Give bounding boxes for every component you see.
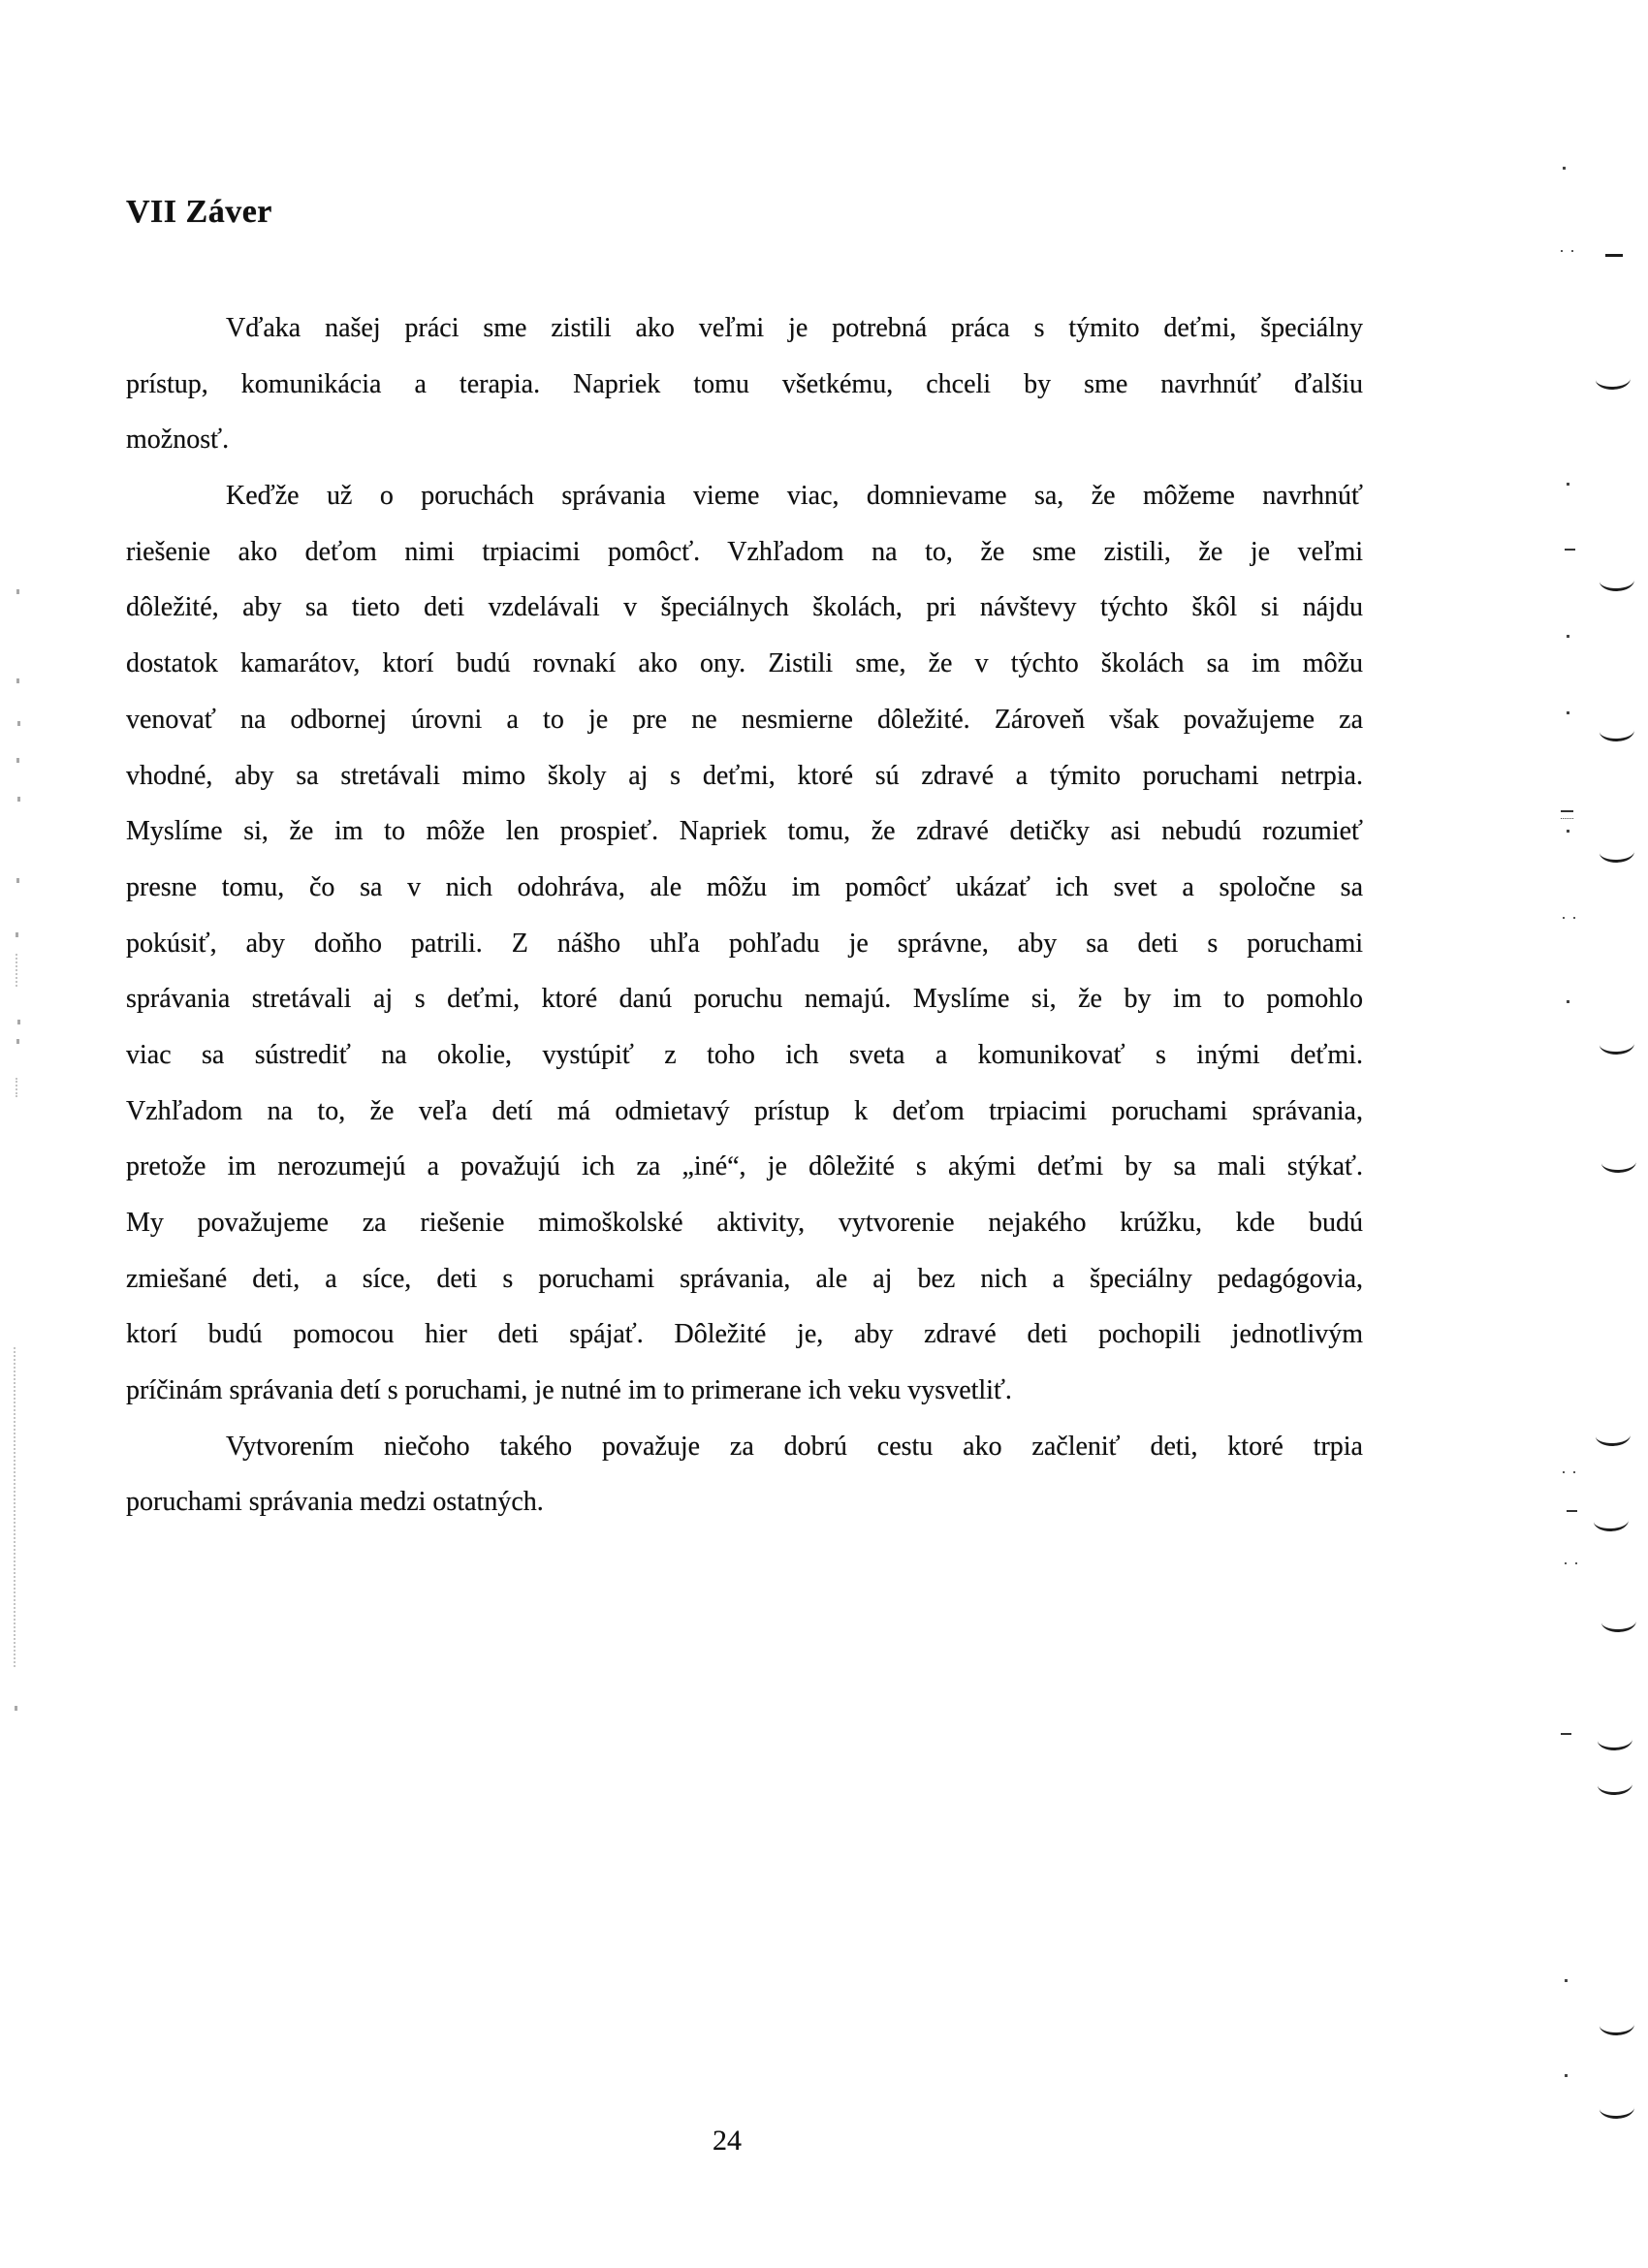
- scan-artifact-speck: [16, 589, 19, 594]
- text-line: dôležité, aby sa tieto deti vzdelávali v…: [126, 580, 1363, 636]
- scan-artifact-swoosh: [1600, 850, 1634, 863]
- text-line: Vďaka našej práci sme zistili ako veľmi …: [126, 300, 1363, 357]
- text-line: dostatok kamarátov, ktorí budú rovnakí a…: [126, 636, 1363, 692]
- text-line: príčinám správania detí s poruchami, je …: [126, 1363, 1363, 1419]
- text-line: možnosť.: [126, 412, 1363, 468]
- page-number: 24: [679, 2125, 776, 2158]
- scan-artifact-dot: [1567, 711, 1569, 714]
- text-line: poruchami správania medzi ostatných.: [126, 1474, 1363, 1530]
- scan-artifact-dotline: [16, 1078, 17, 1097]
- scan-artifact-swoosh: [1600, 2023, 1634, 2035]
- scan-artifact-dot: [1567, 635, 1569, 638]
- scan-artifact-swoosh: [1600, 579, 1634, 591]
- scan-artifact-swoosh: [1600, 729, 1634, 741]
- scan-artifact-speck: [17, 1020, 20, 1024]
- text-line: viac sa sústrediť na okolie, vystúpiť z …: [126, 1027, 1363, 1084]
- scan-artifact-speck: [16, 878, 19, 883]
- scan-artifact-swoosh: [1600, 1042, 1634, 1055]
- scan-artifact-speck: [16, 678, 19, 683]
- text-line: vhodné, aby sa stretávali mimo školy aj …: [126, 748, 1363, 804]
- scan-artifact-dot: [1565, 1979, 1568, 1982]
- scan-artifact-dash: [1605, 254, 1623, 257]
- scan-artifact-dot: [1567, 483, 1569, 486]
- text-line: zmiešané deti, a síce, deti s poruchami …: [126, 1251, 1363, 1307]
- text-line: pokúsiť, aby doňho patrili. Z nášho uhľa…: [126, 916, 1363, 972]
- text-line: prístup, komunikácia a terapia. Napriek …: [126, 357, 1363, 413]
- scan-artifact-dots: [1563, 1471, 1575, 1473]
- scan-artifact-dots: [1561, 250, 1573, 252]
- scan-artifact-dot: [1563, 167, 1566, 170]
- text-line: presne tomu, čo sa v nich odohráva, ale …: [126, 860, 1363, 916]
- scan-artifact-dot: [1567, 830, 1569, 833]
- text-line: Vzhľadom na to, že veľa detí má odmietav…: [126, 1084, 1363, 1140]
- text-line: venovať na odbornej úrovni a to je pre n…: [126, 692, 1363, 748]
- scan-artifact-speck: [15, 1706, 17, 1711]
- text-line: Keďže už o poruchách správania vieme via…: [126, 468, 1363, 524]
- text-line: správania stretávali aj s deťmi, ktoré d…: [126, 971, 1363, 1027]
- scan-artifact-swoosh: [1601, 1160, 1636, 1173]
- text-line: Myslíme si, že im to môže len prospieť. …: [126, 803, 1363, 860]
- text-line: ktorí budú pomocou hier deti spájať. Dôl…: [126, 1307, 1363, 1363]
- scan-artifact-swoosh: [1601, 1620, 1636, 1632]
- scan-artifact-swoosh: [1596, 1433, 1631, 1446]
- scan-artifact-speck: [16, 932, 18, 937]
- text-line: My považujeme za riešenie mimoškolské ak…: [126, 1195, 1363, 1251]
- scan-artifact-dot: [1565, 2074, 1568, 2077]
- scan-artifact-dotline: [14, 1347, 16, 1667]
- scan-artifact-speck: [17, 797, 20, 802]
- scan-artifact-swoosh: [1598, 1738, 1632, 1750]
- text-line: riešenie ako deťom nimi trpiacimi pomôcť…: [126, 524, 1363, 581]
- scan-artifact-speck: [16, 1039, 19, 1044]
- scan-artifact-speck: [16, 758, 19, 763]
- scan-artifact-dot: [1567, 1000, 1569, 1003]
- scan-artifact-dots: [1563, 917, 1575, 919]
- scan-artifact-dots: [1565, 1562, 1577, 1564]
- scan-artifact-swoosh: [1596, 377, 1631, 390]
- scan-artifact-swoosh: [1598, 1782, 1632, 1795]
- section-heading: VII Záver: [126, 194, 272, 231]
- scan-artifact-dotline: [16, 954, 17, 987]
- scan-artifact-dash-sm: [1565, 549, 1575, 551]
- scan-artifact-dash2: [1561, 810, 1573, 819]
- text-body: Vďaka našej práci sme zistili ako veľmi …: [126, 300, 1363, 1530]
- text-line: Vytvorením niečoho takého považuje za do…: [126, 1419, 1363, 1475]
- scan-artifact-swoosh: [1594, 1519, 1629, 1531]
- text-line: pretože im nerozumejú a považujú ich za …: [126, 1139, 1363, 1195]
- scan-artifact-dash-sm: [1561, 1733, 1571, 1735]
- scanned-document-page: VII Záver Vďaka našej práci sme zistili …: [0, 0, 1648, 2268]
- scan-artifact-swoosh: [1600, 2106, 1634, 2119]
- scan-artifact-dash-sm: [1567, 1510, 1577, 1512]
- scan-artifact-speck: [17, 721, 20, 726]
